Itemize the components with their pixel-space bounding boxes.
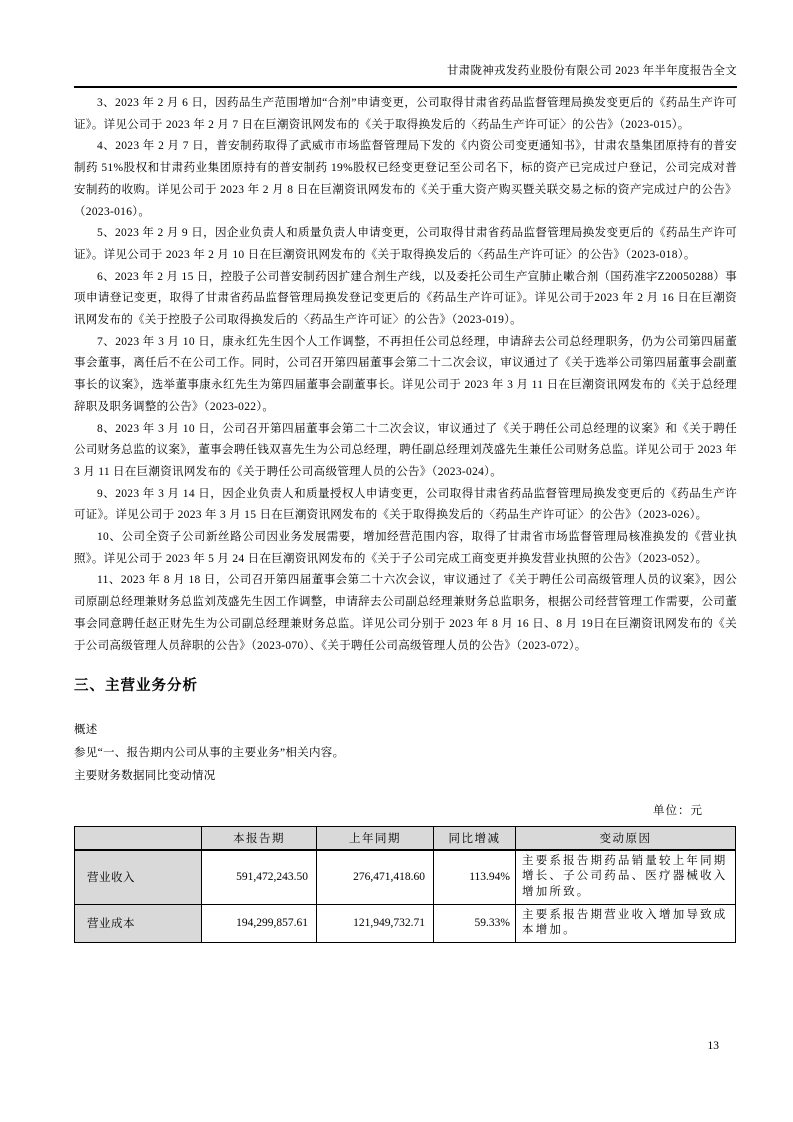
- current-value: 591,472,243.50: [202, 850, 317, 904]
- event-paragraph-8: 8、2023 年 3 月 10 日，公司召开第四届董事会第二十二次会议，审议通过…: [74, 419, 737, 484]
- change-reason: 主要系报告期营业收入增加导致成本增加。: [516, 904, 736, 942]
- significant-events-section: 3、2023 年 2 月 6 日，因药品生产范围增加“合剂”申请变更，公司取得甘…: [74, 93, 737, 657]
- table-header-row: 本报告期 上年同期 同比增减 变动原因: [75, 827, 736, 850]
- page-number: 13: [708, 1040, 720, 1052]
- financial-data-subheading: 主要财务数据同比变动情况: [74, 765, 737, 788]
- metric-label: 营业成本: [75, 904, 202, 942]
- header-prior: 上年同期: [317, 827, 434, 850]
- event-paragraph-10: 10、公司全资子公司新丝路公司因业务发展需要，增加经营范围内容，取得了甘肃省市场…: [74, 527, 737, 570]
- financial-comparison-table: 本报告期 上年同期 同比增减 变动原因 营业收入 591,472,243.50 …: [74, 826, 736, 942]
- header-current: 本报告期: [202, 827, 317, 850]
- header-reason: 变动原因: [516, 827, 736, 850]
- change-reason: 主要系报告期药品销量较上年同期增长、子公司药品、医疗器械收入增加所致。: [516, 850, 736, 904]
- change-value: 59.33%: [434, 904, 516, 942]
- section-heading-main-business-analysis: 三、主营业务分析: [74, 674, 737, 695]
- event-paragraph-5: 5、2023 年 2 月 9 日，因企业负责人和质量负责人申请变更，公司取得甘肃…: [74, 223, 737, 266]
- metric-label: 营业收入: [75, 850, 202, 904]
- prior-value: 121,949,732.71: [317, 904, 434, 942]
- prior-value: 276,471,418.60: [317, 850, 434, 904]
- header-change: 同比增减: [434, 827, 516, 850]
- overview-block: 概述 参见“一、报告期内公司从事的主要业务”相关内容。 主要财务数据同比变动情况: [74, 719, 737, 788]
- table-row-operating-cost: 营业成本 194,299,857.61 121,949,732.71 59.33…: [75, 904, 736, 942]
- unit-note: 单位：元: [74, 802, 737, 818]
- overview-label: 概述: [74, 719, 737, 742]
- report-header-title: 甘肃陇神戎发药业股份有限公司 2023 年半年度报告全文: [74, 0, 737, 88]
- event-paragraph-9: 9、2023 年 3 月 14 日，因企业负责人和质量授权人申请变更，公司取得甘…: [74, 484, 737, 527]
- event-paragraph-3: 3、2023 年 2 月 6 日，因药品生产范围增加“合剂”申请变更，公司取得甘…: [74, 93, 737, 136]
- header-metric: [75, 827, 202, 850]
- change-value: 113.94%: [434, 850, 516, 904]
- report-page: 甘肃陇神戎发药业股份有限公司 2023 年半年度报告全文 3、2023 年 2 …: [0, 0, 793, 1122]
- current-value: 194,299,857.61: [202, 904, 317, 942]
- event-paragraph-11: 11、2023 年 8 月 18 日，公司召开第四届董事会第二十六次会议，审议通…: [74, 570, 737, 657]
- event-paragraph-4: 4、2023 年 2 月 7 日，普安制药取得了武威市市场监督管理局下发的《内资…: [74, 136, 737, 223]
- event-paragraph-6: 6、2023 年 2 月 15 日，控股子公司普安制药因扩建合剂生产线，以及委托…: [74, 267, 737, 332]
- event-paragraph-7: 7、2023 年 3 月 10 日，康永红先生因个人工作调整，不再担任公司总经理…: [74, 332, 737, 419]
- overview-reference-text: 参见“一、报告期内公司从事的主要业务”相关内容。: [74, 742, 737, 765]
- table-row-operating-revenue: 营业收入 591,472,243.50 276,471,418.60 113.9…: [75, 850, 736, 904]
